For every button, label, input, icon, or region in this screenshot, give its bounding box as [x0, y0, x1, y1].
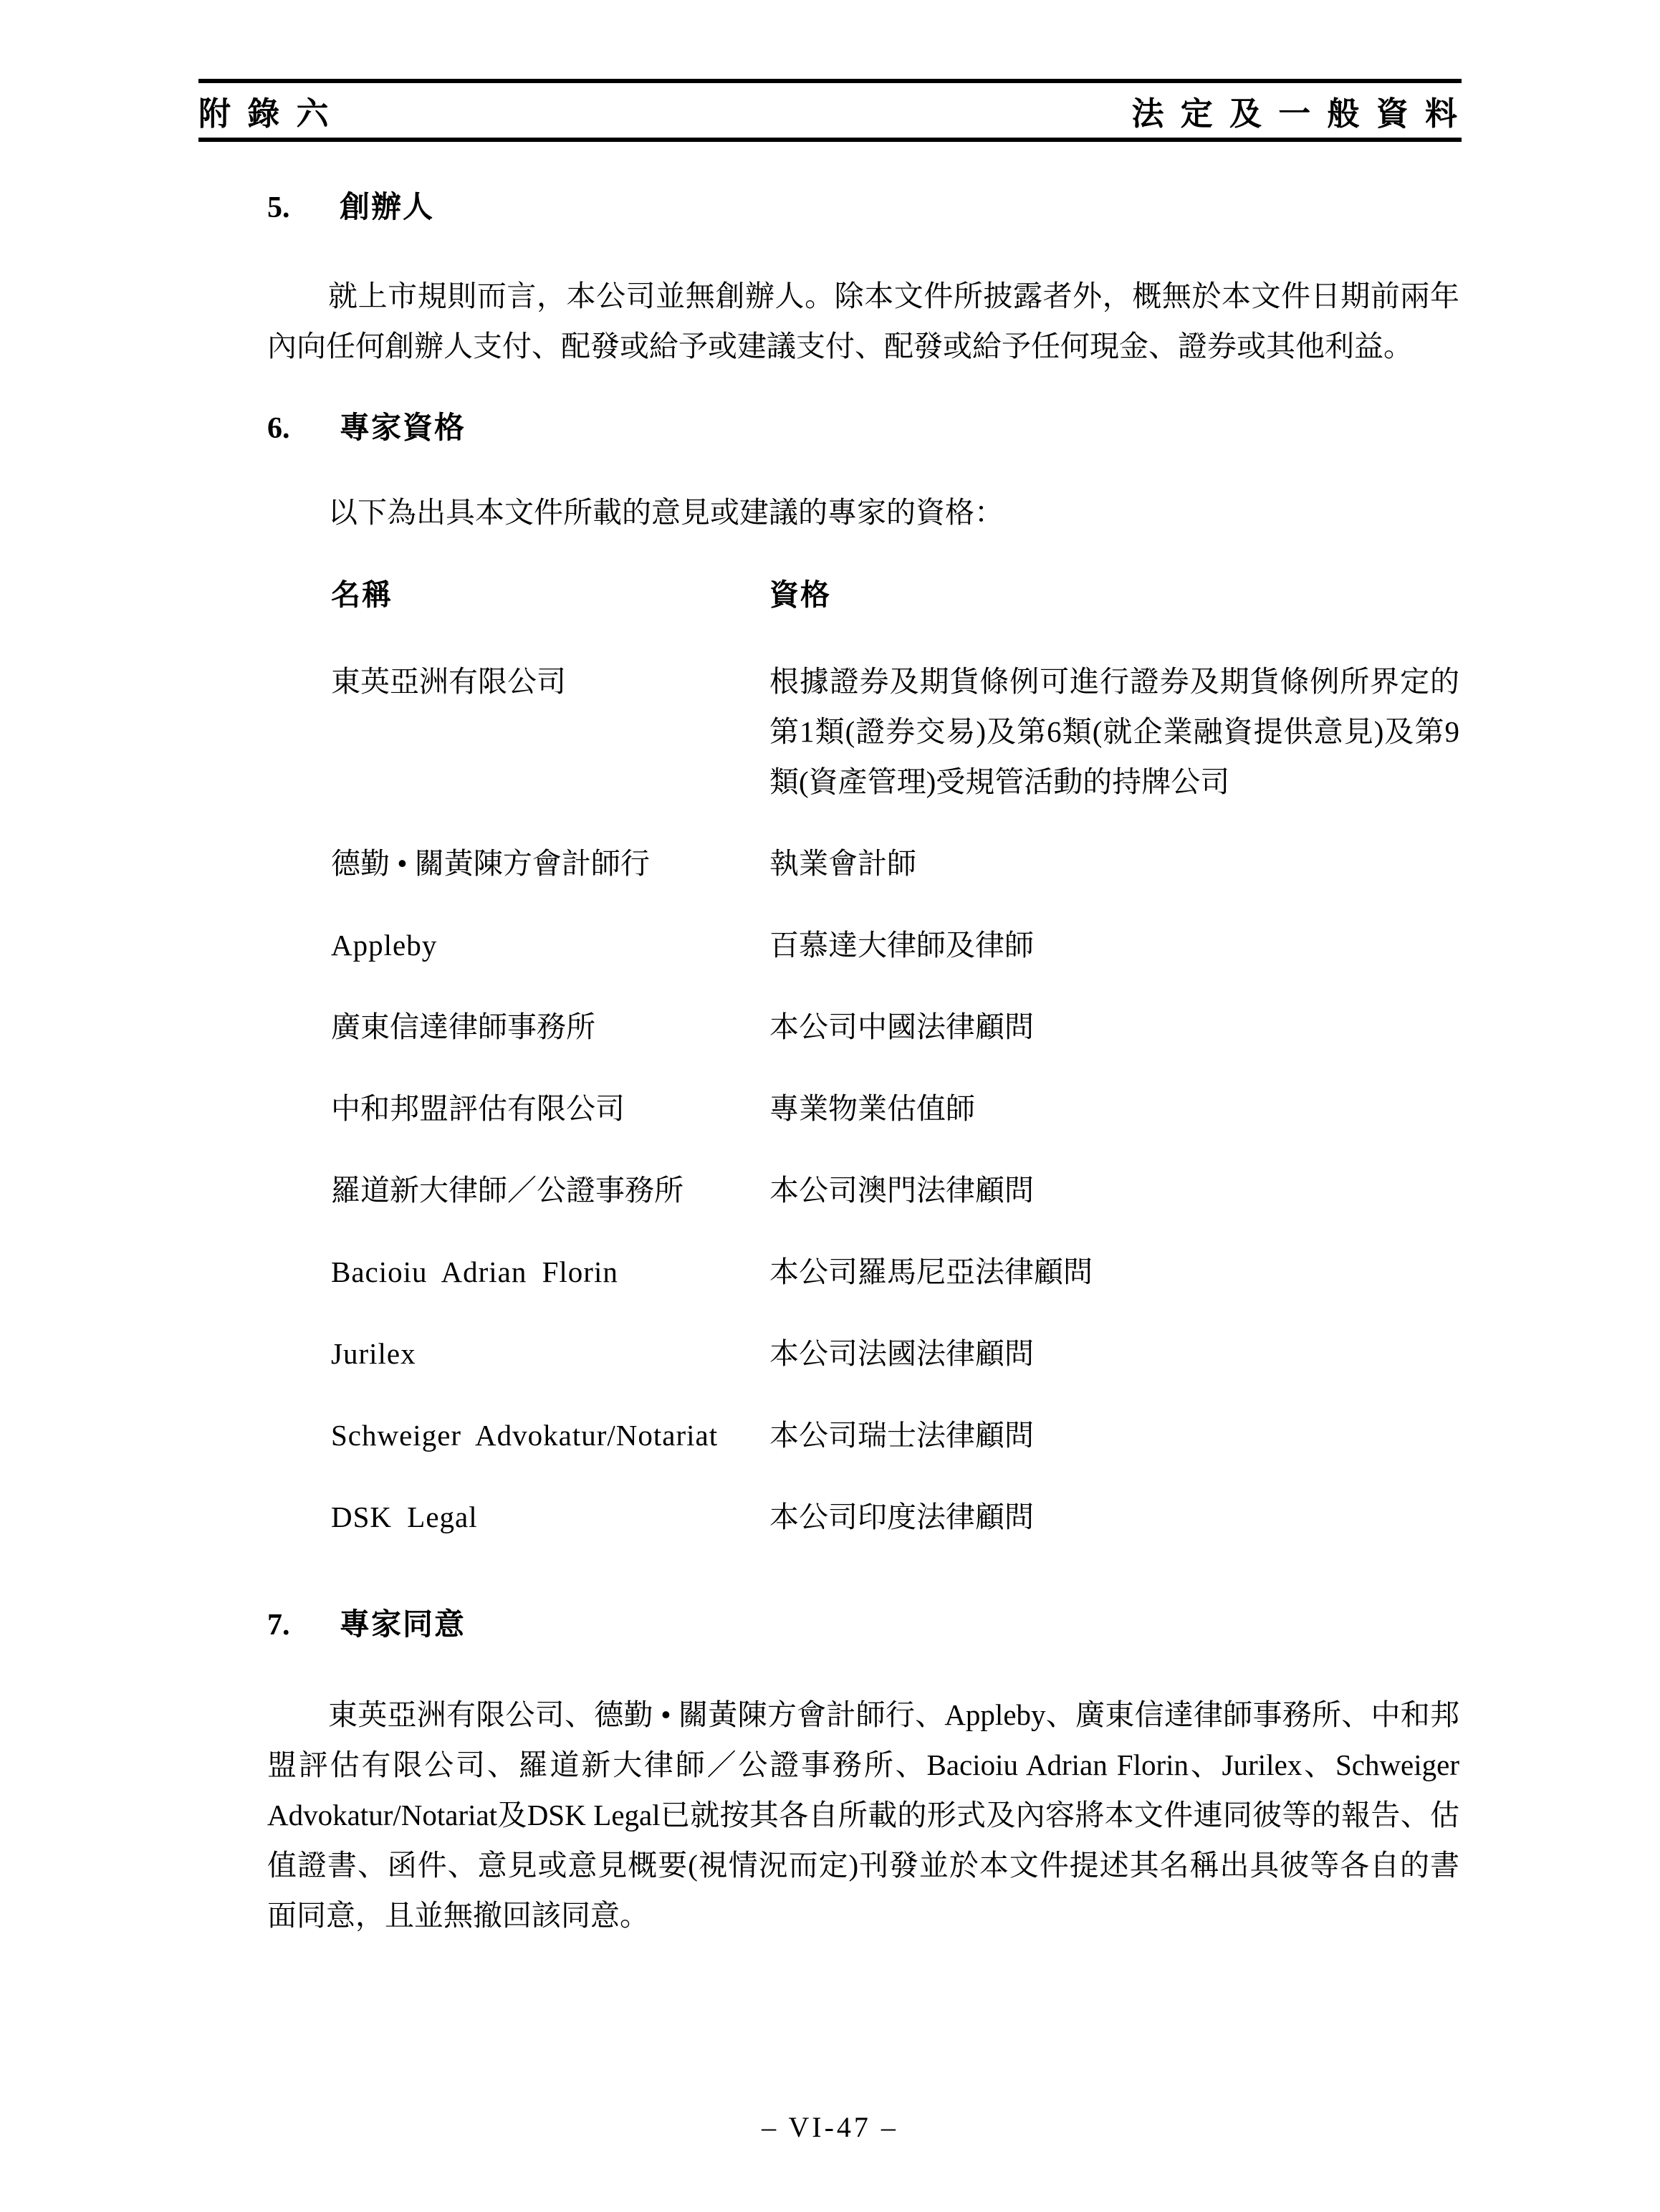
section-6-title: 專家資格	[340, 413, 466, 444]
section-5-heading: 5. 創辦人	[267, 192, 1459, 224]
table-row: Appleby 百慕達大律師及律師	[331, 920, 1459, 970]
expert-name: 中和邦盟評估有限公司	[331, 1083, 769, 1134]
experts-table-header: 名稱 資格	[331, 579, 1459, 611]
page-body: 5. 創辦人 就上市規則而言，本公司並無創辦人。除本文件所披露者外，概無於本文件…	[267, 0, 1459, 1940]
expert-name: Jurilex	[331, 1328, 769, 1379]
expert-name: 東英亞洲有限公司	[331, 656, 769, 707]
section-7-heading: 7. 專家同意	[267, 1609, 1459, 1641]
expert-qualification: 本公司澳門法律顧問	[769, 1165, 1459, 1215]
expert-name: Appleby	[331, 920, 769, 970]
expert-qualification: 本公司印度法律顧問	[769, 1492, 1459, 1542]
section-7-title: 專家同意	[340, 1609, 466, 1641]
table-row: 羅道新大律師／公證事務所 本公司澳門法律顧問	[331, 1165, 1459, 1215]
expert-qualification: 本公司瑞士法律顧問	[769, 1410, 1459, 1460]
section-5-number: 5.	[267, 192, 340, 224]
expert-name: 廣東信達律師事務所	[331, 1002, 769, 1052]
table-row: Jurilex 本公司法國法律顧問	[331, 1328, 1459, 1379]
column-header-name: 名稱	[331, 579, 769, 611]
expert-qualification: 本公司中國法律顧問	[769, 1002, 1459, 1052]
table-row: 東英亞洲有限公司 根據證券及期貨條例可進行證券及期貨條例所界定的第1類(證券交易…	[331, 656, 1459, 807]
experts-table: 名稱 資格 東英亞洲有限公司 根據證券及期貨條例可進行證券及期貨條例所界定的第1…	[267, 579, 1459, 1542]
expert-qualification: 本公司羅馬尼亞法律顧問	[769, 1247, 1459, 1297]
table-row: Bacioiu Adrian Florin 本公司羅馬尼亞法律顧問	[331, 1247, 1459, 1297]
document-page: 附 錄 六 法 定 及 一 般 資 料 5. 創辦人 就上市規則而言，本公司並無…	[0, 0, 1660, 2212]
section-6-number: 6.	[267, 413, 340, 444]
section-7-paragraph: 東英亞洲有限公司、德勤 • 關黃陳方會計師行、Appleby、廣東信達律師事務所…	[267, 1690, 1459, 1940]
expert-qualification: 執業會計師	[769, 838, 1459, 889]
table-row: 中和邦盟評估有限公司 專業物業估值師	[331, 1083, 1459, 1134]
section-5-title: 創辦人	[340, 192, 434, 224]
section-7-number: 7.	[267, 1609, 340, 1641]
expert-name: 德勤 • 關黃陳方會計師行	[331, 838, 769, 889]
section-5-paragraph: 就上市規則而言，本公司並無創辦人。除本文件所披露者外，概無於本文件日期前兩年內向…	[267, 271, 1459, 371]
table-row: DSK Legal 本公司印度法律顧問	[331, 1492, 1459, 1542]
expert-qualification: 根據證券及期貨條例可進行證券及期貨條例所界定的第1類(證券交易)及第6類(就企業…	[769, 656, 1459, 807]
expert-qualification: 百慕達大律師及律師	[769, 920, 1459, 970]
expert-qualification: 專業物業估值師	[769, 1083, 1459, 1134]
table-row: Schweiger Advokatur/Notariat 本公司瑞士法律顧問	[331, 1410, 1459, 1460]
expert-qualification: 本公司法國法律顧問	[769, 1328, 1459, 1379]
column-header-qualification: 資格	[769, 579, 1459, 611]
table-row: 廣東信達律師事務所 本公司中國法律顧問	[331, 1002, 1459, 1052]
table-row: 德勤 • 關黃陳方會計師行 執業會計師	[331, 838, 1459, 889]
section-6-intro: 以下為出具本文件所載的意見或建議的專家的資格：	[267, 487, 1459, 537]
expert-name: Bacioiu Adrian Florin	[331, 1247, 769, 1297]
expert-name: DSK Legal	[331, 1492, 769, 1542]
expert-name: 羅道新大律師／公證事務所	[331, 1165, 769, 1215]
expert-name: Schweiger Advokatur/Notariat	[331, 1410, 769, 1460]
page-number: – VI-47 –	[198, 2110, 1462, 2144]
section-6-heading: 6. 專家資格	[267, 413, 1459, 444]
